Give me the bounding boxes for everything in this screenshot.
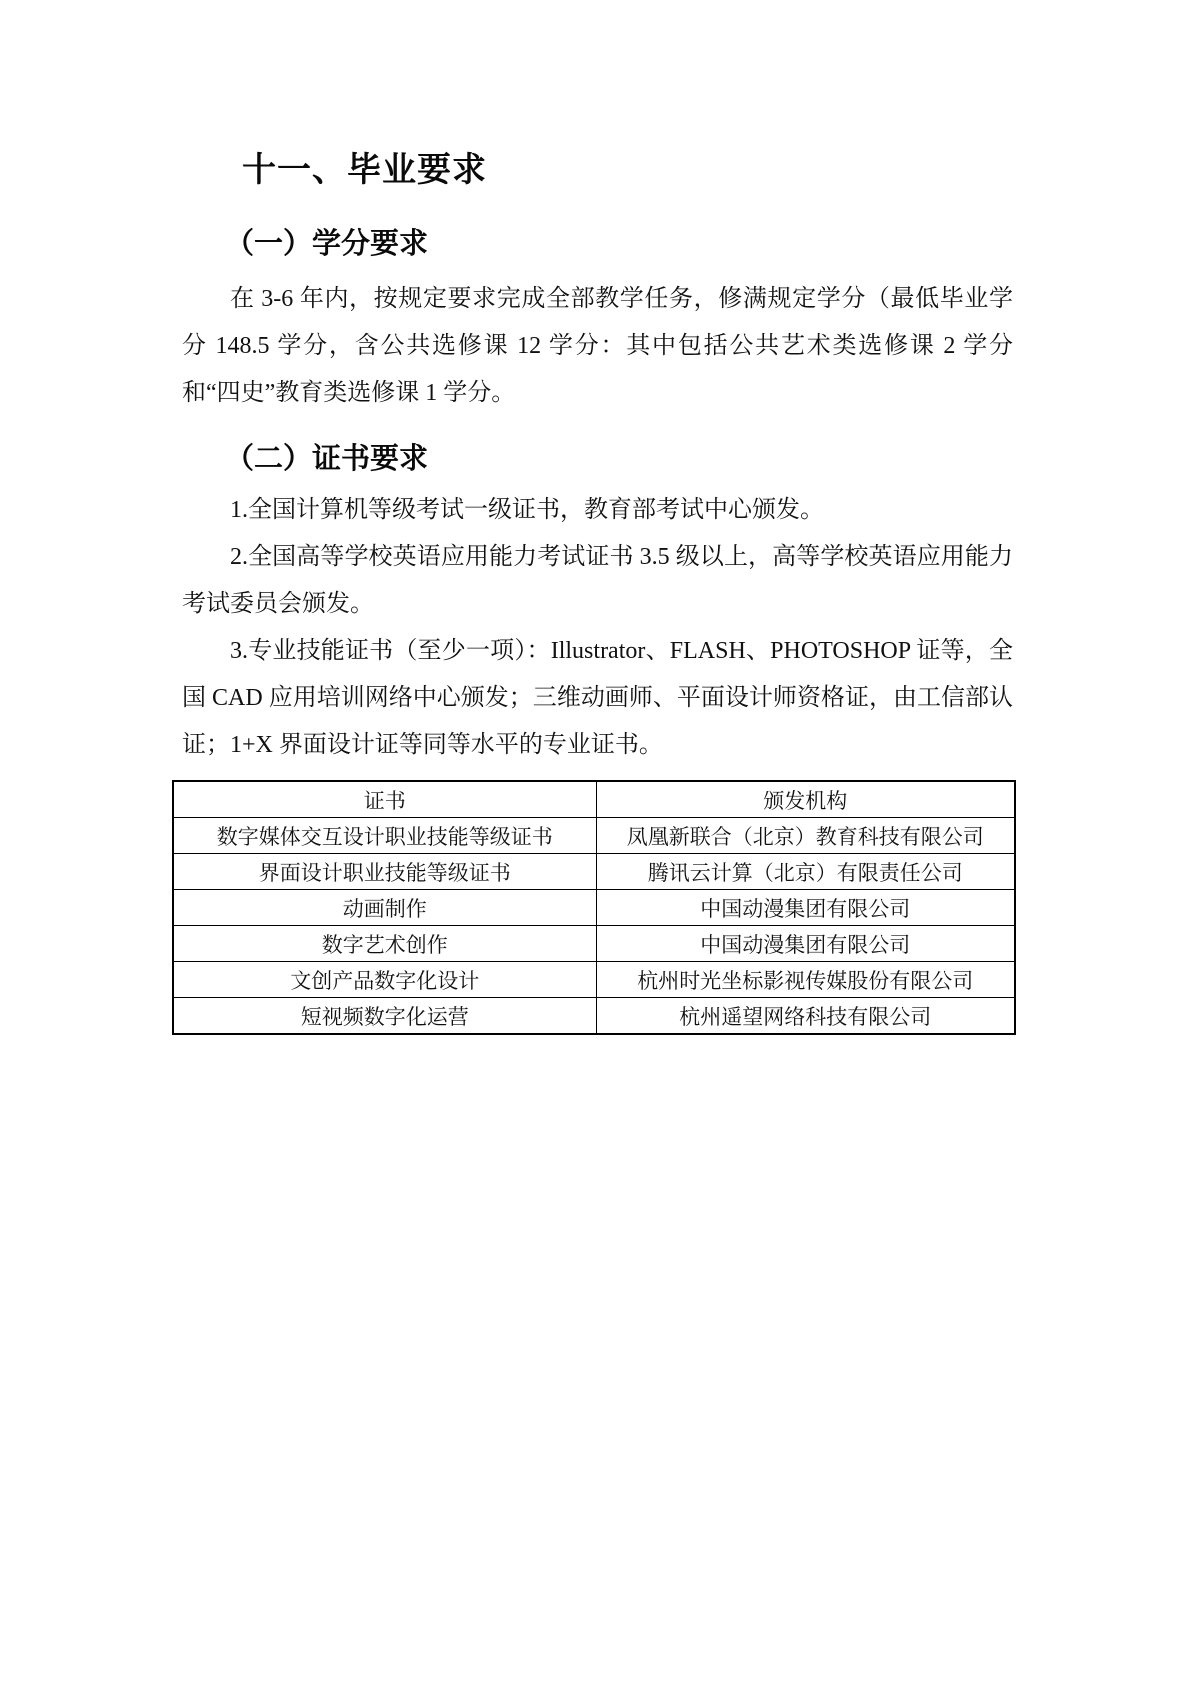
table-row: 文创产品数字化设计 杭州时光坐标影视传媒股份有限公司	[173, 962, 1015, 998]
table-row: 数字艺术创作 中国动漫集团有限公司	[173, 926, 1015, 962]
table-header-issuer: 颁发机构	[596, 781, 1015, 818]
document-title: 十一、毕业要求	[242, 146, 1013, 194]
certificate-requirements-list: 1.全国计算机等级考试一级证书，教育部考试中心颁发。 2.全国高等学校英语应用能…	[182, 487, 1013, 769]
table-cell-issuer: 中国动漫集团有限公司	[596, 926, 1015, 962]
certificate-item-3: 3.专业技能证书（至少一项）：Illustrator、FLASH、PHOTOSH…	[182, 628, 1013, 769]
table-cell-certificate: 动画制作	[173, 890, 596, 926]
table-cell-certificate: 文创产品数字化设计	[173, 962, 596, 998]
table-cell-issuer: 腾讯云计算（北京）有限责任公司	[596, 854, 1015, 890]
document-page: 十一、毕业要求 （一）学分要求 在 3-6 年内，按规定要求完成全部教学任务，修…	[0, 0, 1191, 1684]
page-content: 十一、毕业要求 （一）学分要求 在 3-6 年内，按规定要求完成全部教学任务，修…	[0, 0, 1191, 1035]
table-cell-certificate: 短视频数字化运营	[173, 998, 596, 1035]
certificates-table: 证书 颁发机构 数字媒体交互设计职业技能等级证书 凤凰新联合（北京）教育科技有限…	[172, 780, 1016, 1035]
certificate-item-2: 2.全国高等学校英语应用能力考试证书 3.5 级以上，高等学校英语应用能力考试委…	[182, 534, 1013, 628]
section-heading-credit-requirements: （一）学分要求	[225, 224, 1013, 264]
table-cell-certificate: 数字媒体交互设计职业技能等级证书	[173, 818, 596, 854]
table-row: 动画制作 中国动漫集团有限公司	[173, 890, 1015, 926]
credit-requirements-paragraph: 在 3-6 年内，按规定要求完成全部教学任务，修满规定学分（最低毕业学分 148…	[182, 276, 1013, 417]
table-cell-issuer: 杭州遥望网络科技有限公司	[596, 998, 1015, 1035]
table-cell-issuer: 凤凰新联合（北京）教育科技有限公司	[596, 818, 1015, 854]
table-row: 短视频数字化运营 杭州遥望网络科技有限公司	[173, 998, 1015, 1035]
table-row: 界面设计职业技能等级证书 腾讯云计算（北京）有限责任公司	[173, 854, 1015, 890]
table-header-certificate: 证书	[173, 781, 596, 818]
table-row: 数字媒体交互设计职业技能等级证书 凤凰新联合（北京）教育科技有限公司	[173, 818, 1015, 854]
certificate-item-1: 1.全国计算机等级考试一级证书，教育部考试中心颁发。	[182, 487, 1013, 534]
table-cell-issuer: 中国动漫集团有限公司	[596, 890, 1015, 926]
table-cell-certificate: 界面设计职业技能等级证书	[173, 854, 596, 890]
table-cell-issuer: 杭州时光坐标影视传媒股份有限公司	[596, 962, 1015, 998]
section-heading-certificate-requirements: （二）证书要求	[225, 439, 1013, 479]
table-cell-certificate: 数字艺术创作	[173, 926, 596, 962]
table-header-row: 证书 颁发机构	[173, 781, 1015, 818]
